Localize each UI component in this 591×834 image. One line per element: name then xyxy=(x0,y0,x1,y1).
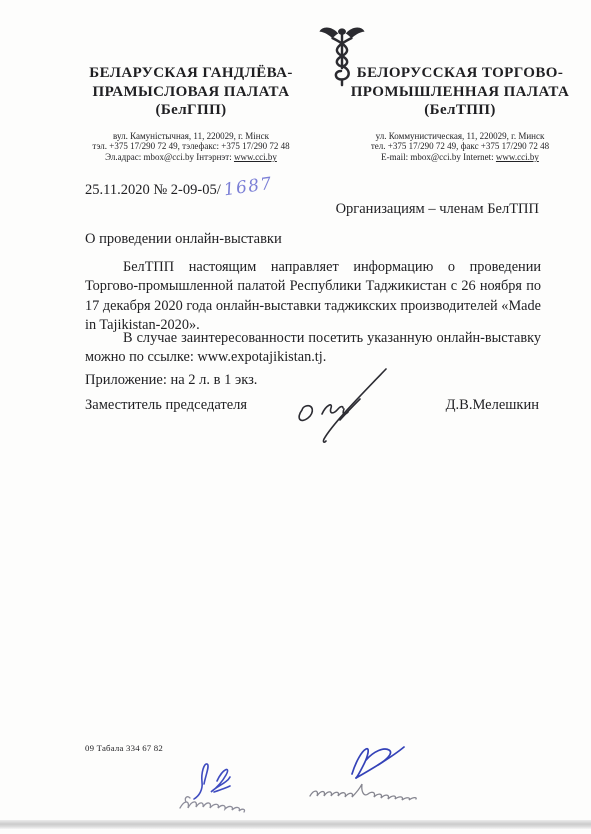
visa-signature-right xyxy=(298,744,438,806)
email-label-by: Эл.адрас: mbox@cci.by Інтэрнэт: xyxy=(105,152,234,162)
address-street-by: вул. Камуністычная, 11, 220029, г. Мінск xyxy=(62,131,320,142)
org-title-by-line2: ПРАМЫСЛОВАЯ ПАЛАТА xyxy=(62,83,320,102)
address-phone-ru: тел. +375 17/290 72 49, факс +375 17/290… xyxy=(342,141,578,152)
handwritten-outgoing-number: 1687 xyxy=(222,174,274,201)
address-street-ru: ул. Коммунистическая, 11, 220029, г. Мин… xyxy=(342,131,578,142)
website-link-by: www.cci.by xyxy=(234,152,277,162)
address-email-ru: E-mail: mbox@cci.by Internet: www.cci.by xyxy=(342,152,578,163)
scan-edge-shadow xyxy=(0,820,591,829)
address-email-by: Эл.адрас: mbox@cci.by Інтэрнэт: www.cci.… xyxy=(62,152,320,163)
date-and-number: 25.11.2020 № 2-09-05/ xyxy=(85,182,221,198)
email-label-ru: E-mail: mbox@cci.by Internet: xyxy=(381,152,496,162)
chairman-handwritten-signature xyxy=(286,362,408,446)
org-address-by: вул. Камуністычная, 11, 220029, г. Мінск… xyxy=(62,131,320,163)
org-title-by-line1: БЕЛАРУСКАЯ ГАНДЛЁВА- xyxy=(62,64,320,83)
org-address-ru: ул. Коммунистическая, 11, 220029, г. Мин… xyxy=(342,131,578,163)
signer-name: Д.В.Мелешкин xyxy=(446,397,539,414)
org-title-ru: БЕЛОРУССКАЯ ТОРГОВО- ПРОМЫШЛЕННАЯ ПАЛАТА… xyxy=(342,64,578,120)
website-link-ru: www.cci.by xyxy=(496,152,539,162)
org-abbreviation-ru: (БелТПП) xyxy=(342,101,578,120)
org-title-by: БЕЛАРУСКАЯ ГАНДЛЁВА- ПРАМЫСЛОВАЯ ПАЛАТА … xyxy=(62,64,320,120)
reference-line: 25.11.2020 № 2-09-05/1687 xyxy=(85,179,273,199)
visa-signature-left xyxy=(170,756,282,818)
subject-line: О проведении онлайн-выставки xyxy=(85,231,282,248)
attachment-line: Приложение: на 2 л. в 1 экз. xyxy=(85,372,257,389)
scanned-letter-page: БЕЛАРУСКАЯ ГАНДЛЁВА- ПРАМЫСЛОВАЯ ПАЛАТА … xyxy=(0,0,591,834)
org-title-ru-line1: БЕЛОРУССКАЯ ТОРГОВО- xyxy=(342,64,578,83)
signer-position: Заместитель председателя xyxy=(85,397,247,414)
executor-line: 09 Табала 334 67 82 xyxy=(85,743,163,753)
org-title-ru-line2: ПРОМЫШЛЕННАЯ ПАЛАТА xyxy=(342,83,578,102)
letterhead-russian: БЕЛОРУССКАЯ ТОРГОВО- ПРОМЫШЛЕННАЯ ПАЛАТА… xyxy=(342,64,578,163)
org-abbreviation-by: (БелГПП) xyxy=(62,101,320,120)
body-paragraph-1: БелТПП настоящим направляет информацию о… xyxy=(85,258,541,335)
letterhead-belarusian: БЕЛАРУСКАЯ ГАНДЛЁВА- ПРАМЫСЛОВАЯ ПАЛАТА … xyxy=(62,64,320,163)
address-phone-by: тэл. +375 17/290 72 49, тэлефакс: +375 1… xyxy=(62,141,320,152)
recipient-line: Организациям – членам БелТПП xyxy=(336,201,539,218)
